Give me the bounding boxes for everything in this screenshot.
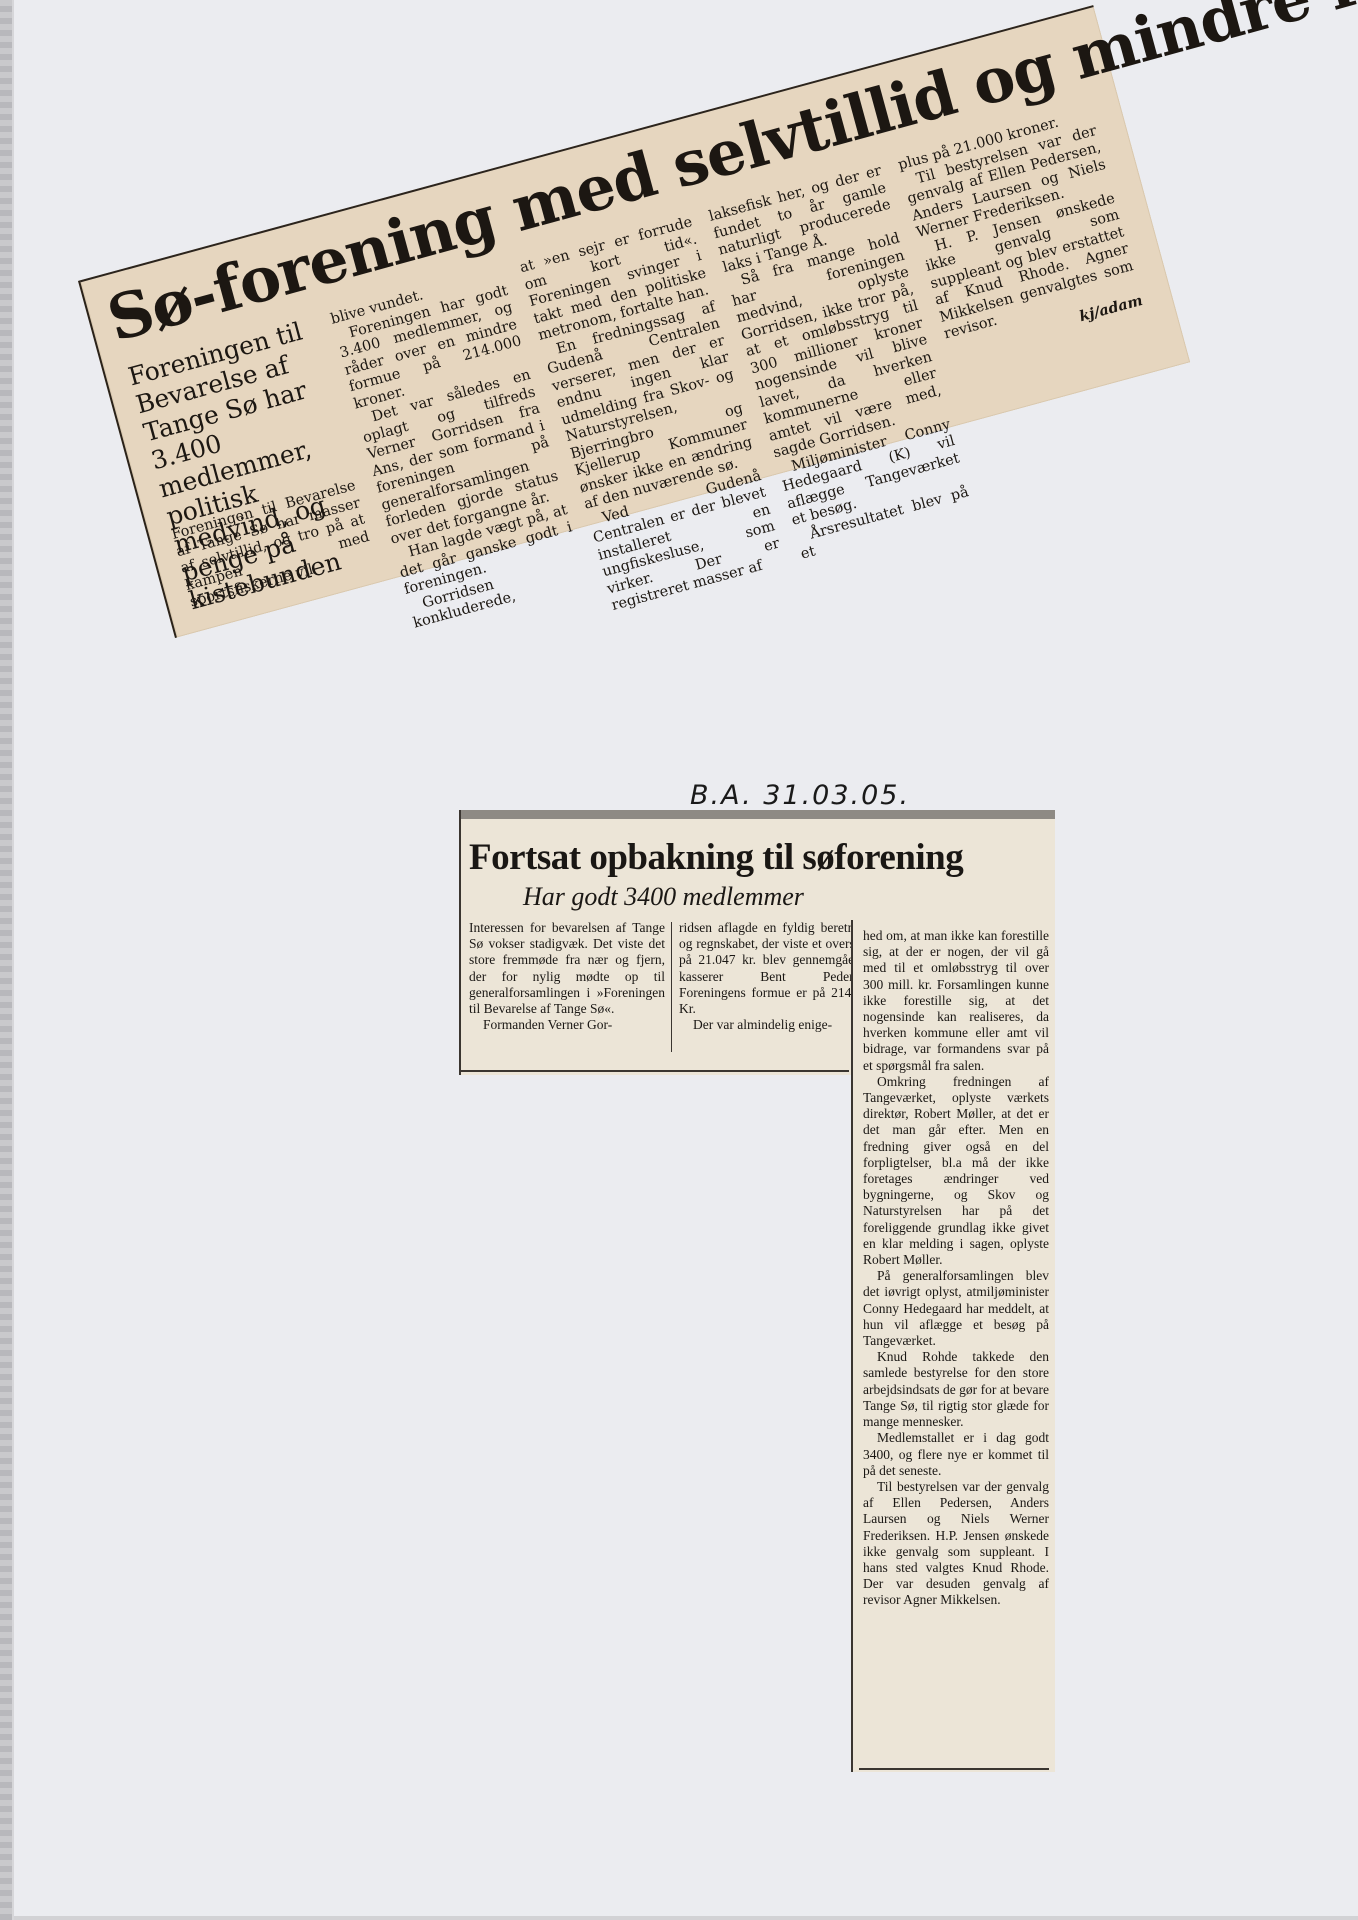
paragraph: Interessen for bevarelsen af Tange Sø vo…	[469, 920, 665, 1017]
clipping-2-column-3: hed om, at man ikke kan forestille sig, …	[863, 928, 1049, 1609]
top-bar	[461, 810, 1055, 819]
newspaper-clipping-2-column-3: hed om, at man ikke kan forestille sig, …	[851, 920, 1055, 1772]
bottom-rule	[461, 1070, 849, 1072]
paragraph: Til bestyrelsen var der genvalg af Ellen…	[863, 1479, 1049, 1609]
clipping-2-subhead: Har godt 3400 medlemmer	[523, 882, 804, 912]
binder-strip	[0, 0, 12, 1920]
paragraph: På generalforsamlingen blev det iøvrigt …	[863, 1268, 1049, 1349]
paragraph: ridsen aflagde en fyldig beretning, og r…	[679, 920, 875, 1017]
handwritten-date-note-2: B.A. 31.03.05.	[690, 780, 910, 811]
page-bottom-edge	[14, 1916, 1358, 1920]
clipping-2-column-1: Interessen for bevarelsen af Tange Sø vo…	[469, 920, 665, 1033]
bottom-rule	[859, 1768, 1049, 1770]
paragraph: hed om, at man ikke kan forestille sig, …	[863, 928, 1049, 1074]
clipping-2-headline: Fortsat opbakning til søforening	[469, 836, 963, 879]
clipping-1-column-5: plus på 21.000 kroner. Til bestyrelsen v…	[896, 106, 1144, 361]
clipping-2-column-2: ridsen aflagde en fyldig beretning, og r…	[679, 920, 875, 1033]
column-divider	[671, 922, 672, 1052]
paragraph: Der var almindelig enige-	[679, 1017, 875, 1033]
paragraph: Formanden Verner Gor-	[469, 1017, 665, 1033]
paragraph: Knud Rohde takkede den samlede bestyrels…	[863, 1349, 1049, 1430]
paragraph: Medlemstallet er i dag godt 3400, og fle…	[863, 1430, 1049, 1479]
paragraph: Omkring fredningen af Tangeværket, oplys…	[863, 1074, 1049, 1268]
